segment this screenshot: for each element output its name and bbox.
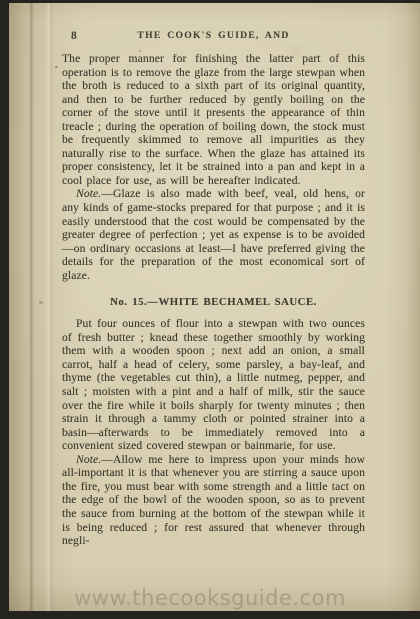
paper-speck xyxy=(39,301,43,304)
page-gutter-highlight xyxy=(45,3,53,611)
note-text: —Glaze is also made with beef, veal, old… xyxy=(62,187,365,281)
paragraph-note-bechamel: Note.—Allow me here to impress upon your… xyxy=(62,453,365,548)
watermark-text: www.thecooksguide.com xyxy=(0,586,420,610)
note-text: —Allow me here to impress upon your mind… xyxy=(62,453,365,547)
page-number: 8 xyxy=(71,30,77,42)
paragraph-note-glaze: Note.—Glaze is also made with beef, veal… xyxy=(62,187,365,282)
paper-speck xyxy=(55,66,58,68)
paragraph-glaze-finishing: The proper manner for finishing the latt… xyxy=(62,52,365,187)
recipe-heading: No. 15.—WHITE BECHAMEL SAUCE. xyxy=(62,296,365,308)
paragraph-bechamel-recipe: Put four ounces of flour into a stewpan … xyxy=(62,317,365,452)
paper-speck xyxy=(139,50,141,52)
running-head: 8 THE COOK'S GUIDE, AND xyxy=(62,30,365,44)
page-gutter-crease xyxy=(29,3,34,611)
note-label: Note. xyxy=(76,187,101,200)
running-header-title: THE COOK'S GUIDE, AND xyxy=(62,30,365,41)
book-photo: 8 THE COOK'S GUIDE, AND The proper manne… xyxy=(0,0,420,619)
note-label: Note. xyxy=(76,453,101,466)
book-page: 8 THE COOK'S GUIDE, AND The proper manne… xyxy=(9,3,420,611)
